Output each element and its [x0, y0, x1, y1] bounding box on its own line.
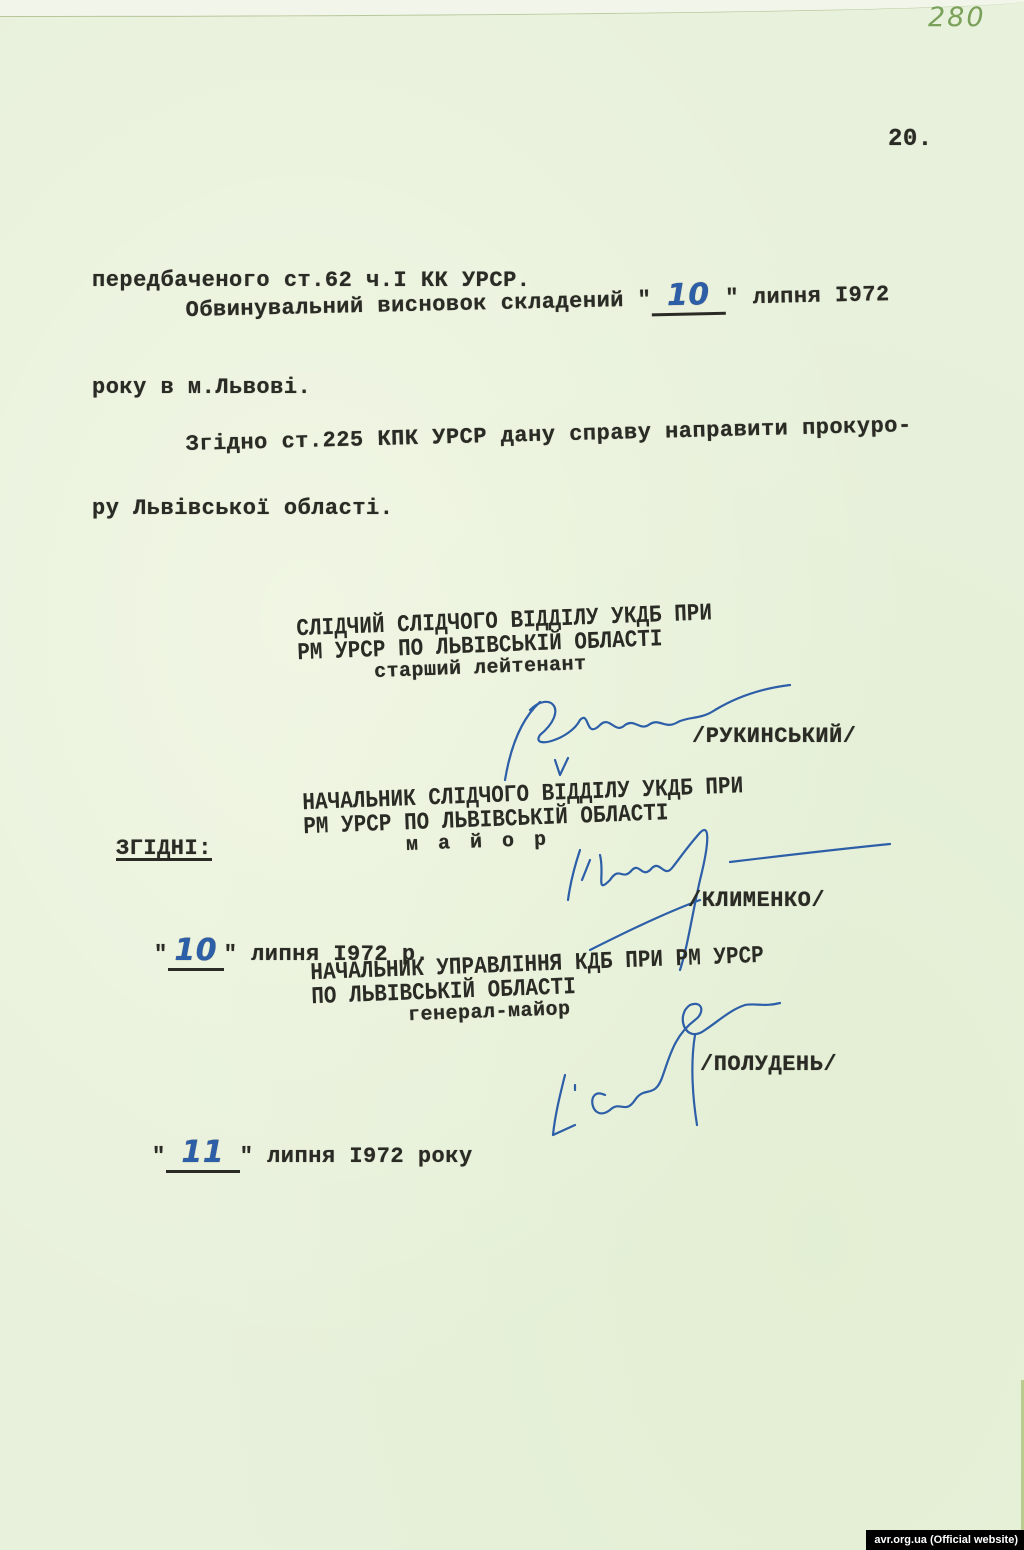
agreed-label: ЗГІДНІ:	[116, 836, 212, 861]
conclusion-place: року в м.Львові.	[92, 375, 311, 400]
conclusion-text: Обвинувальний висновок складений "	[185, 287, 651, 323]
directorate-head-day-handwritten: 11	[181, 1135, 224, 1170]
date-open-quote: "	[152, 1144, 166, 1169]
directorate-head-date: "11" липня I972 року	[152, 1140, 473, 1173]
page-number: 20.	[888, 126, 933, 153]
conclusion-month-year: " липня I972	[725, 282, 890, 311]
directorate-head-month-year: " липня I972 року	[240, 1144, 473, 1169]
department-head-day-field: 10	[168, 938, 224, 971]
date-open-quote: "	[154, 942, 168, 967]
page-top-edge	[0, 0, 1024, 17]
investigator-name: /РУКИНСЬКИЙ/	[692, 724, 856, 749]
department-head-name: /КЛИМЕНКО/	[688, 888, 825, 913]
directorate-head-day-field: 11	[166, 1140, 240, 1173]
signature-block-investigator: СЛІДЧИЙ СЛІДЧОГО ВІДДІЛУ УКДБ ПРИ РМ УРС…	[296, 602, 714, 687]
department-head-day-handwritten: 10	[174, 933, 217, 968]
paragraph-direction-line1: Згідно ст.225 КПК УРСР дану справу напра…	[185, 413, 912, 457]
archive-page-number: 280	[928, 2, 986, 33]
conclusion-day-field: 10	[651, 282, 726, 317]
paragraph-direction-line2: ру Львівської області.	[92, 496, 393, 521]
conclusion-day-handwritten: 10	[667, 277, 711, 313]
directorate-head-name: /ПОЛУДЕНЬ/	[700, 1052, 837, 1077]
source-watermark: avr.org.ua (Official website)	[866, 1530, 1024, 1550]
